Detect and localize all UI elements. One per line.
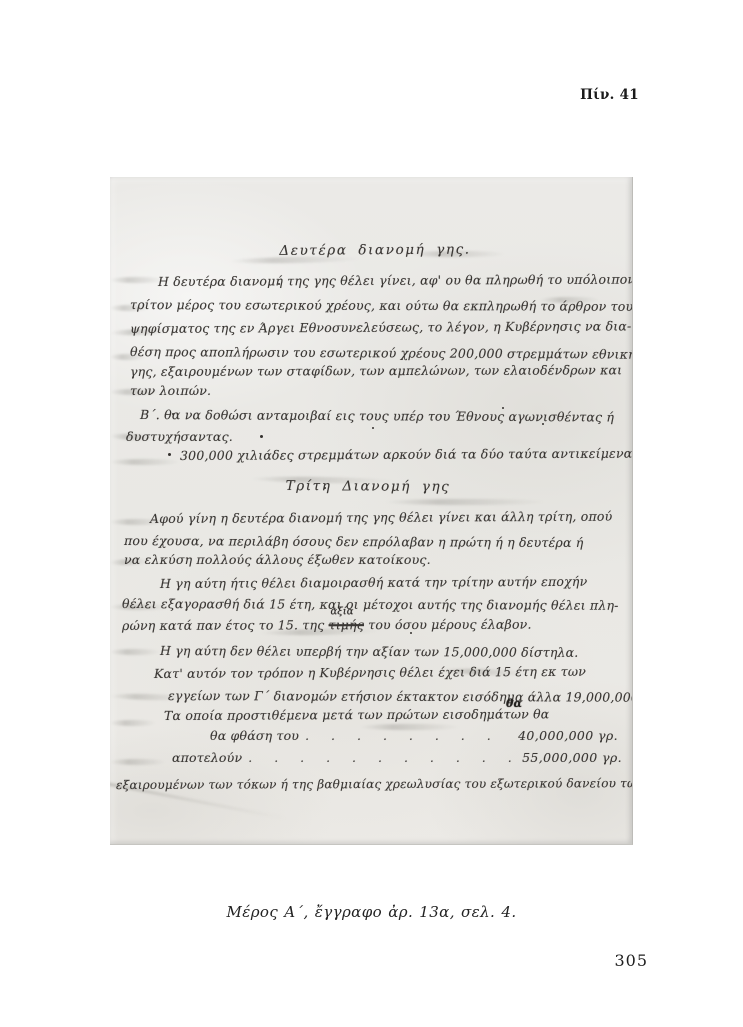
manuscript-line: Η γη αύτη δεν θέλει υπερβή την αξίαν των…: [160, 643, 579, 660]
correction-post-text: του όσου μέρους έλαβον.: [364, 617, 532, 633]
manuscript-line: εξαιρουμένων των τόκων ή της βαθμιαίας χ…: [116, 776, 633, 792]
strikethrough-word: τιμής: [329, 617, 364, 632]
page-number: 305: [614, 951, 648, 970]
manuscript-heading-second-distribution: Δευτέρα διανομή γης.: [260, 241, 490, 259]
manuscript-line: Κατ' αυτόν τον τρόπον η Κυβέρνησις θέλει…: [154, 664, 586, 681]
strike-wrap: αξίατιμής: [329, 617, 364, 632]
manuscript-line: ψηφίσματος της εν Άργει Εθνοσυνελεύσεως,…: [130, 318, 632, 336]
manuscript-line: Β΄. θα να δοθώσι ανταμοιβαί εις τους υπέ…: [140, 407, 614, 424]
correction-above-text: αξία: [331, 606, 354, 617]
manuscript-line: δυστυχήσαντας.: [126, 429, 233, 444]
manuscript-line: 300,000 χιλιάδες στρεμμάτων αρκούν διά τ…: [180, 446, 632, 463]
manuscript-line: τρίτον μέρος του εσωτερικού χρέους, και …: [130, 297, 633, 314]
manuscript-line: Η γη αύτη ήτις θέλει διαμοιρασθή κατά τη…: [160, 574, 587, 591]
dotted-leader: . . . . . . . . . . .: [248, 750, 516, 765]
bleed-through-mark: [110, 459, 180, 465]
total-label: θα φθάση του: [210, 728, 299, 743]
total-row: αποτελούν . . . . . . . . . . . 55,000,0…: [172, 750, 622, 765]
ink-speck: [410, 632, 412, 634]
plate-label: Πίν. 41: [580, 87, 639, 103]
manuscript-scan: Δευτέρα διανομή γης. Η δευτέρα διανομή τ…: [110, 177, 633, 845]
total-row: θα φθάση του . . . . . . . . . 40,000,00…: [210, 728, 618, 743]
manuscript-line: Η δευτέρα διανομή της γης θέλει γίνει, α…: [158, 272, 633, 289]
figure-caption: Μέρος Α΄, ἔγγραφο ἀρ. 13α, σελ. 4.: [0, 903, 743, 921]
total-label: αποτελούν: [172, 750, 242, 765]
manuscript-line: Αφού γίνη η δευτέρα διανομή της γης θέλε…: [150, 509, 612, 526]
book-page: Πίν. 41: [0, 0, 743, 1027]
total-value: 55,000,000 γρ.: [522, 750, 622, 765]
ink-speck: [260, 435, 263, 438]
manuscript-line: γης, εξαιρουμένων των σταφίδων, των αμπε…: [130, 362, 622, 379]
manuscript-line: θέση προς αποπλήρωσιν του εσωτερικού χρέ…: [130, 344, 633, 362]
total-value: 40,000,000 γρ.: [518, 728, 618, 743]
manuscript-line: θέλει εξαγορασθή διά 15 έτη, και οι μέτο…: [122, 596, 619, 613]
bleed-through-mark: [110, 720, 156, 726]
correction-pre-text: ρώνη κατά παν έτος το 15. της: [122, 617, 329, 633]
manuscript-line: Τα οποία προστιθέμενα μετά των πρώτων ει…: [164, 706, 549, 723]
manuscript-heading-third-distribution: Τρίτη Διανομή γης: [278, 478, 458, 495]
inserted-word-above: θα: [506, 697, 522, 710]
manuscript-line-with-correction: ρώνη κατά παν έτος το 15. της αξίατιμής …: [122, 617, 532, 633]
manuscript-line: να ελκύση πολλούς άλλους έξωθεν κατοίκου…: [124, 552, 431, 567]
ink-speck: [168, 453, 171, 456]
manuscript-line: που έχουσα, να περιλάβη όσους δεν επρόλα…: [124, 533, 584, 550]
dotted-leader: . . . . . . . . .: [305, 728, 512, 743]
bleed-through-mark: [110, 759, 166, 765]
bleed-through-mark: [110, 277, 165, 283]
bleed-through-mark: [110, 649, 160, 655]
manuscript-line: εγγείων των Γ΄ διανομών ετήσιον έκτακτον…: [168, 688, 633, 705]
ink-speck: [372, 427, 374, 429]
bleed-through-mark: [385, 499, 545, 505]
manuscript-line: των λοιπών.: [130, 383, 211, 398]
